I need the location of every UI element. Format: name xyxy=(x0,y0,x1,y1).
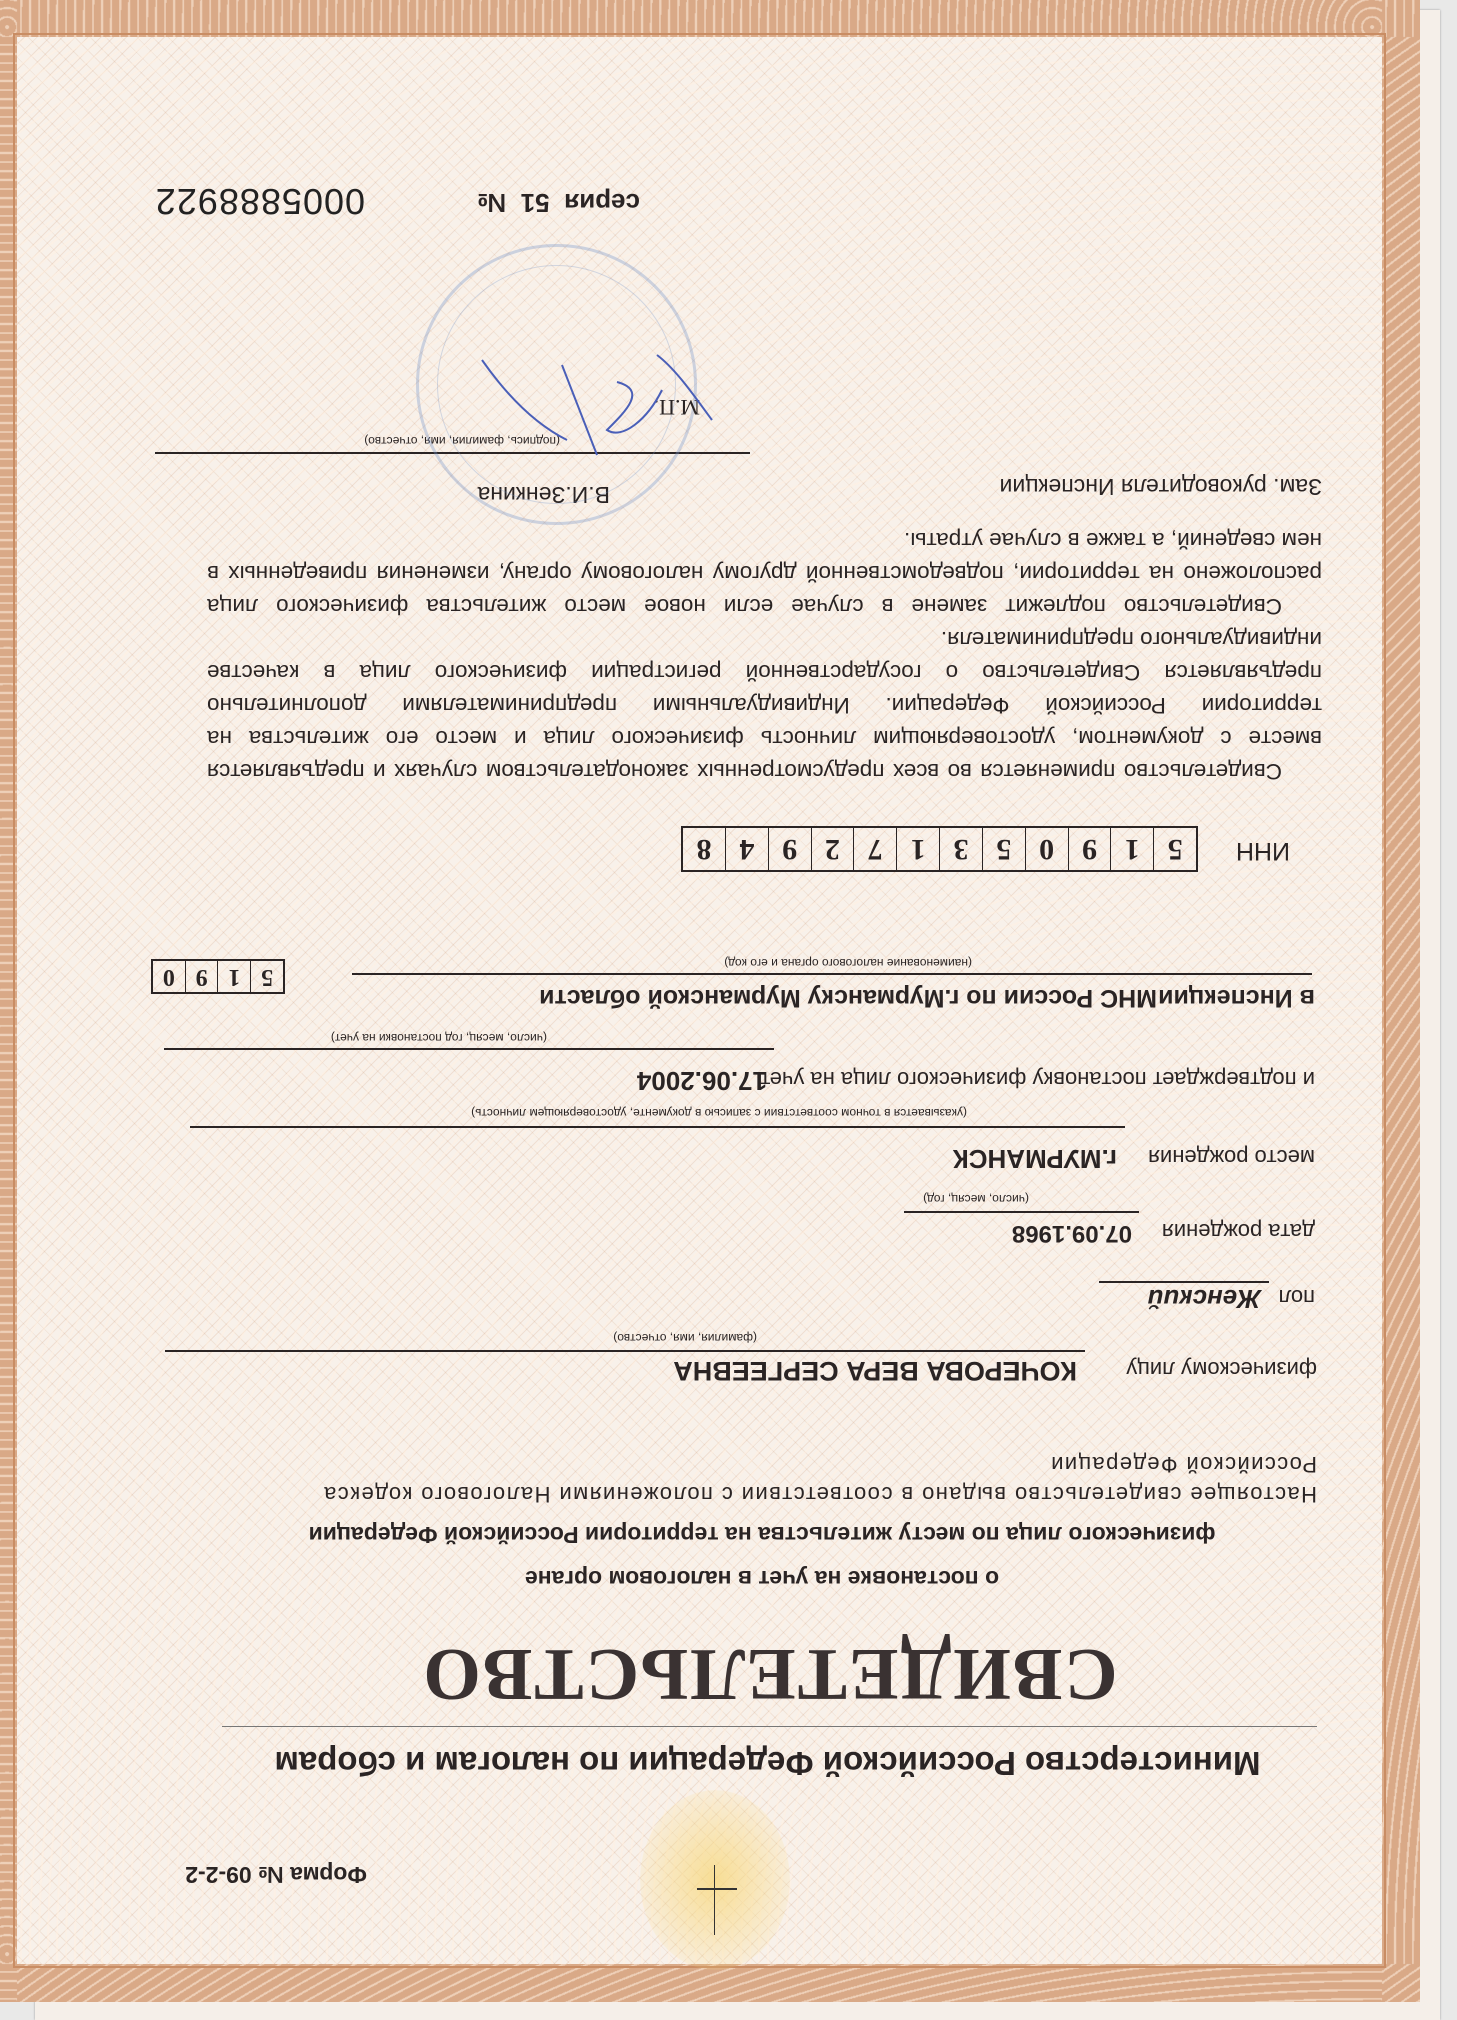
replacement-paragraph: Свидетельство подлежит замене в случае е… xyxy=(207,524,1322,623)
inn-digit: 4 xyxy=(726,828,769,870)
series-word: серия xyxy=(564,188,640,218)
ministry-name: Министерство Российской Федерации по нал… xyxy=(220,1744,1315,1782)
tax-authority-code: 5 1 9 0 xyxy=(151,959,285,994)
inn-digit: 8 xyxy=(683,828,726,870)
code-digit: 0 xyxy=(153,961,186,992)
intro-line-1: Настоящее свидетельство выдано в соответ… xyxy=(197,1481,1317,1507)
inspection-caption: (наименование налогового органа и его ко… xyxy=(724,956,972,970)
code-digit: 9 xyxy=(186,961,219,992)
sex-underline xyxy=(1099,1281,1269,1283)
certificate-title: СВИДЕТЕЛЬСТВО xyxy=(222,1631,1317,1716)
intro-line-2: Российской Федерации xyxy=(1050,1451,1317,1477)
inn-digit: 9 xyxy=(1069,828,1112,870)
inspection-name: МНС России по г.Мурманску Мурманской обл… xyxy=(539,983,1157,1012)
subtitle-registration: о постановке на учет в налоговом органе xyxy=(207,1565,1317,1592)
usage-paragraph-text: Свидетельство применяется во всех предус… xyxy=(207,627,1322,784)
person-underline xyxy=(165,1350,1085,1352)
certificate-page-rotated: Форма № 09-2-2 Министерство Российской Ф… xyxy=(0,0,1457,2000)
birth-place-caption: (указывается в точном соответствии с зап… xyxy=(471,1106,967,1120)
birth-date-label: дата рождения xyxy=(1162,1218,1315,1244)
sex-label: пол xyxy=(1278,1284,1315,1310)
series-label: серия 51 № xyxy=(477,187,640,218)
form-number: Форма № 09-2-2 xyxy=(185,1861,367,1888)
birth-date-underline xyxy=(904,1211,1139,1213)
birth-place-value: г.МУРМАНСК xyxy=(953,1143,1117,1174)
birth-place-label: место рождения xyxy=(1148,1144,1315,1170)
usage-paragraph: Свидетельство применяется во всех предус… xyxy=(207,623,1322,788)
birth-place-underline xyxy=(190,1126,1125,1128)
inn-digit: 2 xyxy=(812,828,855,870)
handwritten-signature xyxy=(477,350,717,460)
registration-underline xyxy=(164,1048,774,1050)
replacement-paragraph-text: Свидетельство подлежит замене в случае е… xyxy=(207,528,1322,619)
registration-caption: (число, месяц, год постановки на учет) xyxy=(331,1031,547,1045)
code-digit: 5 xyxy=(251,961,283,992)
birth-date-value: 07.09.1968 xyxy=(1012,1219,1132,1247)
birth-date-caption: (число, месяц, год) xyxy=(923,1192,1029,1206)
registration-date: 17.06.2004 xyxy=(637,1065,767,1096)
person-name: КОЧЕРОВА ВЕРА СЕРГЕЕВНА xyxy=(673,1355,1077,1386)
inn-digit: 7 xyxy=(854,828,897,870)
inspection-label: в Инспекции xyxy=(1158,983,1315,1012)
inspection-underline xyxy=(352,973,1312,975)
code-digit: 1 xyxy=(219,961,252,992)
certificate-number: 0005888922 xyxy=(155,180,365,222)
inn-digit: 1 xyxy=(1111,828,1154,870)
person-caption: (фамилия, имя, отчество) xyxy=(613,1331,757,1345)
crosshair-mark-vertical xyxy=(714,1865,715,1935)
inn-digit: 9 xyxy=(769,828,812,870)
ministry-underline xyxy=(222,1726,1317,1727)
sex-value: Женский xyxy=(1148,1283,1261,1314)
series-value: 51 xyxy=(521,188,550,218)
inn-digit: 3 xyxy=(940,828,983,870)
inn-digit: 0 xyxy=(1026,828,1069,870)
hologram-oval xyxy=(640,1790,790,1970)
inn-digit: 5 xyxy=(983,828,1026,870)
signatory-position: Зам. руководителя Инспекции xyxy=(1000,473,1322,500)
registration-label: и подтверждает постановку физического ли… xyxy=(760,1066,1315,1092)
person-label: физическому лицу xyxy=(1126,1356,1317,1382)
crosshair-mark-horizontal xyxy=(697,1888,737,1890)
number-sign: № xyxy=(477,188,506,218)
inn-digit: 5 xyxy=(1154,828,1196,870)
inn-digit: 1 xyxy=(897,828,940,870)
subtitle-residence: физического лица по месту жительства на … xyxy=(207,1521,1317,1548)
inn-digits: 5 1 9 0 5 3 1 7 2 9 4 8 xyxy=(681,826,1198,872)
inn-label: ИНН xyxy=(1236,836,1290,865)
